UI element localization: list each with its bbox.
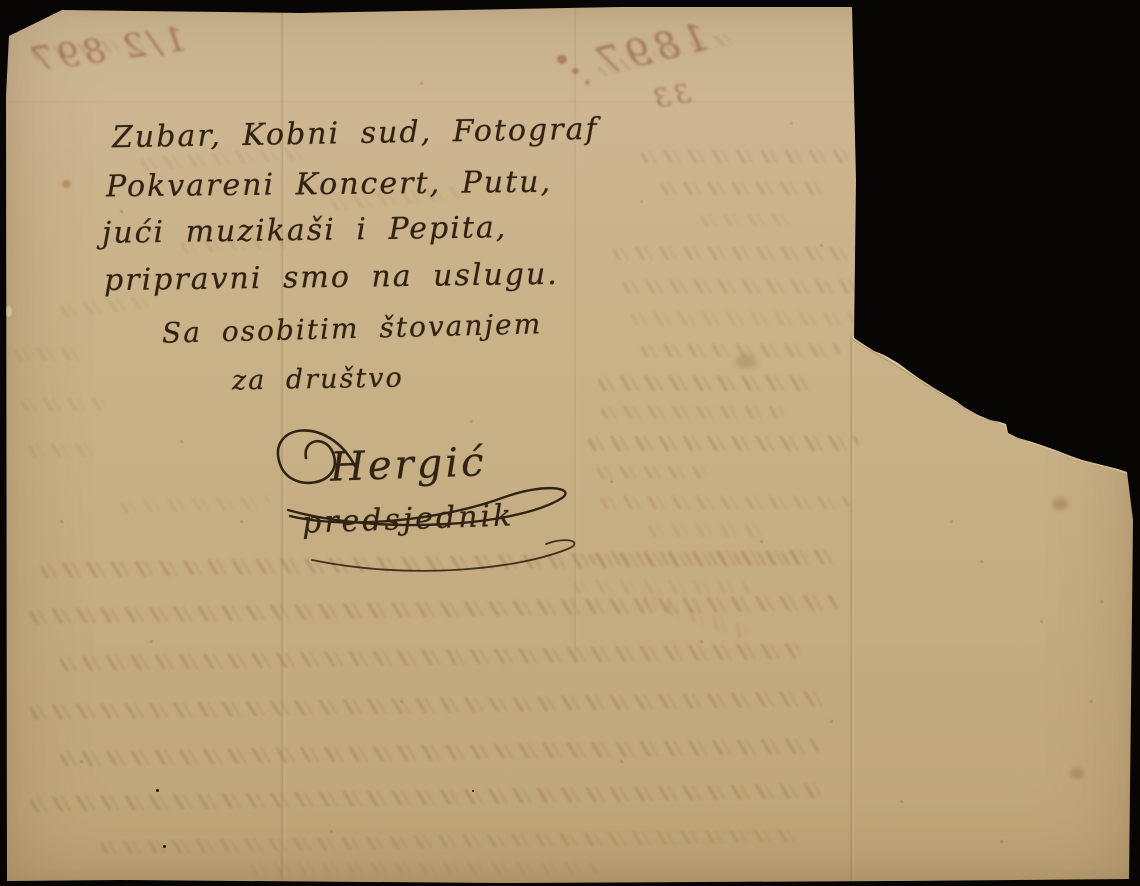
ink-bleed-line bbox=[14, 348, 84, 361]
ink-bleed-line bbox=[28, 444, 93, 457]
ink-bleed-line bbox=[30, 691, 830, 720]
stain bbox=[62, 180, 71, 188]
ink-bleed-line bbox=[648, 524, 768, 537]
ink-bleed-line bbox=[598, 376, 813, 391]
letter-line-6: za društvo bbox=[232, 363, 404, 397]
paper-freckles bbox=[0, 0, 3, 3]
rust-stain bbox=[557, 55, 567, 64]
letter-paper: 1/2 897 1897 33 bbox=[0, 0, 1140, 886]
letter-line-4: pripravni smo na uslugu. bbox=[104, 257, 559, 298]
ink-bleed-line bbox=[572, 580, 752, 593]
smudge bbox=[1070, 768, 1084, 779]
ink-bleed-line bbox=[20, 398, 105, 411]
bleedthrough-top-right-2: 33 bbox=[648, 79, 694, 116]
letter-line-2: Pokvareni Koncert, Putu, bbox=[106, 165, 552, 205]
letter-line-3: jući muzikaši i Pepita, bbox=[102, 210, 508, 251]
ink-bleed-line bbox=[60, 738, 820, 766]
letter-line-1: Zubar, Kobni sud, Fotograf bbox=[112, 112, 599, 155]
fold-crease-top bbox=[8, 101, 854, 104]
ink-bleed-line bbox=[60, 644, 800, 672]
rust-stain bbox=[585, 80, 590, 85]
ink-speck bbox=[156, 789, 159, 792]
ink-bleed-line bbox=[250, 862, 600, 875]
ink-bleed-line bbox=[30, 783, 820, 812]
ink-bleed-line bbox=[612, 247, 862, 260]
fold-crease-right bbox=[850, 336, 854, 881]
ink-bleed-line bbox=[630, 312, 855, 325]
ink-bleed-line bbox=[600, 496, 850, 509]
ink-bleed-line bbox=[622, 280, 857, 293]
smudge bbox=[1052, 498, 1068, 510]
signature-title: predsjednik bbox=[301, 498, 514, 540]
ink-bleed-line bbox=[60, 295, 151, 317]
scan-background: 1/2 897 1897 33 bbox=[0, 0, 1140, 886]
ink-bleed-line bbox=[700, 214, 795, 227]
ink-bleed-line bbox=[660, 182, 830, 195]
ink-bleed-line bbox=[588, 436, 858, 451]
rust-stain bbox=[572, 68, 579, 74]
signature-name: Hergić bbox=[329, 439, 487, 490]
ink-bleed-line bbox=[120, 495, 270, 513]
ink-bleed-line bbox=[40, 549, 840, 578]
ink-bleed-line bbox=[600, 406, 785, 419]
letter-line-5: Sa osobitim štovanjem bbox=[162, 307, 543, 349]
edge-nick bbox=[5, 306, 12, 317]
ink-bleed-line bbox=[640, 150, 850, 163]
smudge bbox=[735, 355, 757, 369]
ink-bleed-line bbox=[640, 344, 840, 357]
ink-bleed-line bbox=[100, 829, 800, 854]
ink-bleed-line bbox=[596, 466, 706, 479]
